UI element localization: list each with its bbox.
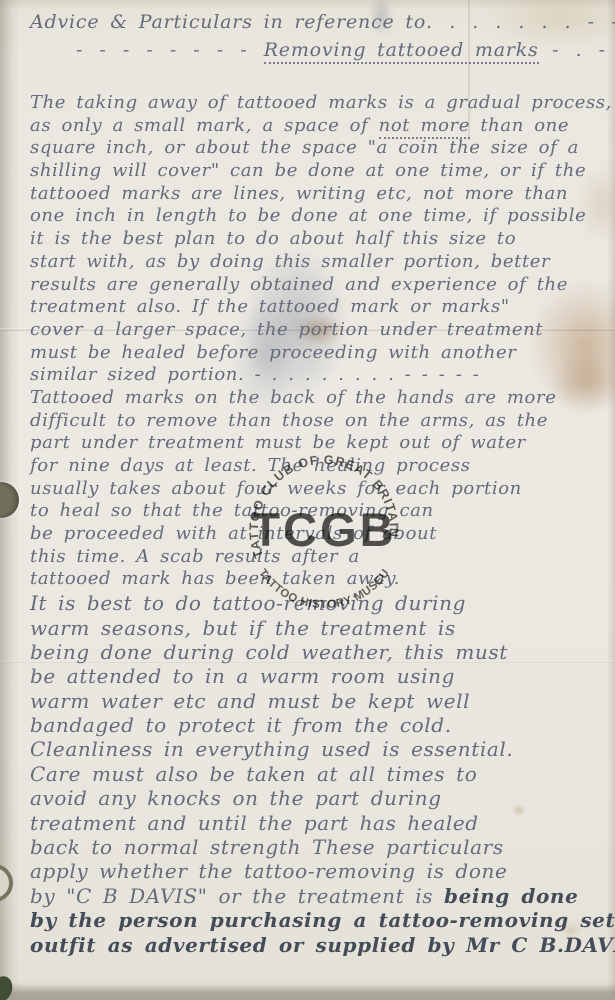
handwritten-text: square inch, or about the space "a coin … (30, 137, 579, 158)
title-subject-text: Removing tattooed marks (264, 39, 539, 64)
handwritten-line: treatment also. If the tattooed mark or … (30, 296, 609, 319)
handwritten-text: one inch in length to be done at one tim… (30, 205, 586, 226)
handwritten-line: outfit as advertised or supplied by Mr C… (30, 933, 609, 957)
handwritten-text: outfit as advertised or supplied by Mr C… (30, 933, 615, 957)
handwritten-text: Care must also be taken at all times to (30, 762, 477, 786)
handwritten-text: Cleanliness in everything used is essent… (30, 737, 513, 761)
handwritten-text: apply whether the tattoo-removing is don… (30, 859, 507, 883)
handwritten-text: similar sized portion. - . . . . . . . .… (30, 364, 479, 385)
handwritten-line: by "C B DAVIS" or the treatment is being… (30, 884, 609, 908)
handwritten-text: avoid any knocks on the part during (30, 786, 442, 810)
handwritten-line: bandaged to protect it from the cold. (30, 713, 609, 737)
handwritten-line: start with, as by doing this smaller por… (30, 251, 609, 274)
handwritten-line: shilling will cover" can be done at one … (30, 160, 609, 183)
handwritten-line: results are generally obtained and exper… (30, 274, 609, 297)
handwritten-text: it is the best plan to do about half thi… (30, 228, 516, 249)
handwritten-line: tattooed marks are lines, writing etc, n… (30, 183, 609, 206)
tcgb-museum-stamp-icon: TATTOO CLUB OF GREAT BRITAIN TATTOO HIST… (221, 424, 427, 630)
title-leading-dashes: - - - - - - - - (76, 39, 264, 61)
handwritten-line: cover a larger space, the portion under … (30, 319, 609, 342)
handwritten-text: by the person purchasing a tattoo-removi… (30, 908, 615, 932)
handwritten-text: bandaged to protect it from the cold. (30, 713, 452, 737)
handwritten-text: being done (444, 884, 578, 908)
handwritten-line: Care must also be taken at all times to (30, 762, 609, 786)
handwritten-text: treatment also. If the tattooed mark or … (30, 296, 510, 317)
handwritten-line: by the person purchasing a tattoo-removi… (30, 908, 609, 932)
handwritten-text: results are generally obtained and exper… (30, 274, 568, 295)
handwritten-line: Tattooed marks on the back of the hands … (30, 387, 609, 410)
handwritten-text: not more (379, 115, 470, 139)
handwritten-line: one inch in length to be done at one tim… (30, 205, 609, 228)
handwritten-line: it is the best plan to do about half thi… (30, 228, 609, 251)
handwritten-line: back to normal strength These particular… (30, 835, 609, 859)
handwritten-line: as only a small mark, a space of not mor… (30, 115, 609, 138)
scanned-document-page: Advice & Particulars in reference to. . … (0, 0, 615, 1000)
handwritten-line: treatment and until the part has healed (30, 811, 609, 835)
handwritten-line: square inch, or about the space "a coin … (30, 137, 609, 160)
handwritten-text: be attended to in a warm room using (30, 664, 455, 688)
handwritten-text: tattooed marks are lines, writing etc, n… (30, 183, 568, 204)
handwritten-line: must be healed before proceeding with an… (30, 342, 609, 365)
paper-edge-bottom (0, 984, 615, 1000)
handwritten-line: warm water etc and must be kept well (30, 689, 609, 713)
document-title-line-1: Advice & Particulars in reference to. . … (30, 8, 609, 36)
handwritten-text: must be healed before proceeding with an… (30, 342, 516, 363)
handwritten-text: treatment and until the part has healed (30, 811, 479, 835)
handwritten-line: being done during cold weather, this mus… (30, 640, 609, 664)
document-title-line-2: - - - - - - - - Removing tattooed marks … (76, 36, 609, 64)
handwritten-text: cover a larger space, the portion under … (30, 319, 543, 340)
title-trailing-dashes: . . . . . . . - - - - - (426, 11, 615, 33)
handwritten-text: by "C B DAVIS" or the treatment is (30, 884, 444, 908)
handwritten-line: apply whether the tattoo-removing is don… (30, 859, 609, 883)
handwritten-text: as only a small mark, a space of (30, 115, 379, 136)
handwritten-text: back to normal strength These particular… (30, 835, 504, 859)
handwritten-line: similar sized portion. - . . . . . . . .… (30, 364, 609, 387)
title-trailing-dashes: - . - - - - (539, 39, 615, 61)
stamp-center-text: TCGB (251, 503, 396, 556)
handwritten-line: be attended to in a warm room using (30, 664, 609, 688)
handwritten-line: The taking away of tattooed marks is a g… (30, 92, 609, 115)
handwritten-text: The taking away of tattooed marks is a g… (30, 92, 612, 113)
handwritten-text: Tattooed marks on the back of the hands … (30, 387, 556, 408)
handwritten-line: Cleanliness in everything used is essent… (30, 737, 609, 761)
title-text: Advice & Particulars in reference to (30, 11, 426, 33)
handwritten-line: avoid any knocks on the part during (30, 786, 609, 810)
handwritten-text: start with, as by doing this smaller por… (30, 251, 550, 272)
handwritten-text: being done during cold weather, this mus… (30, 640, 508, 664)
handwritten-text: shilling will cover" can be done at one … (30, 160, 586, 181)
handwritten-text: than one (470, 115, 569, 136)
handwritten-text: warm water etc and must be kept well (30, 689, 470, 713)
